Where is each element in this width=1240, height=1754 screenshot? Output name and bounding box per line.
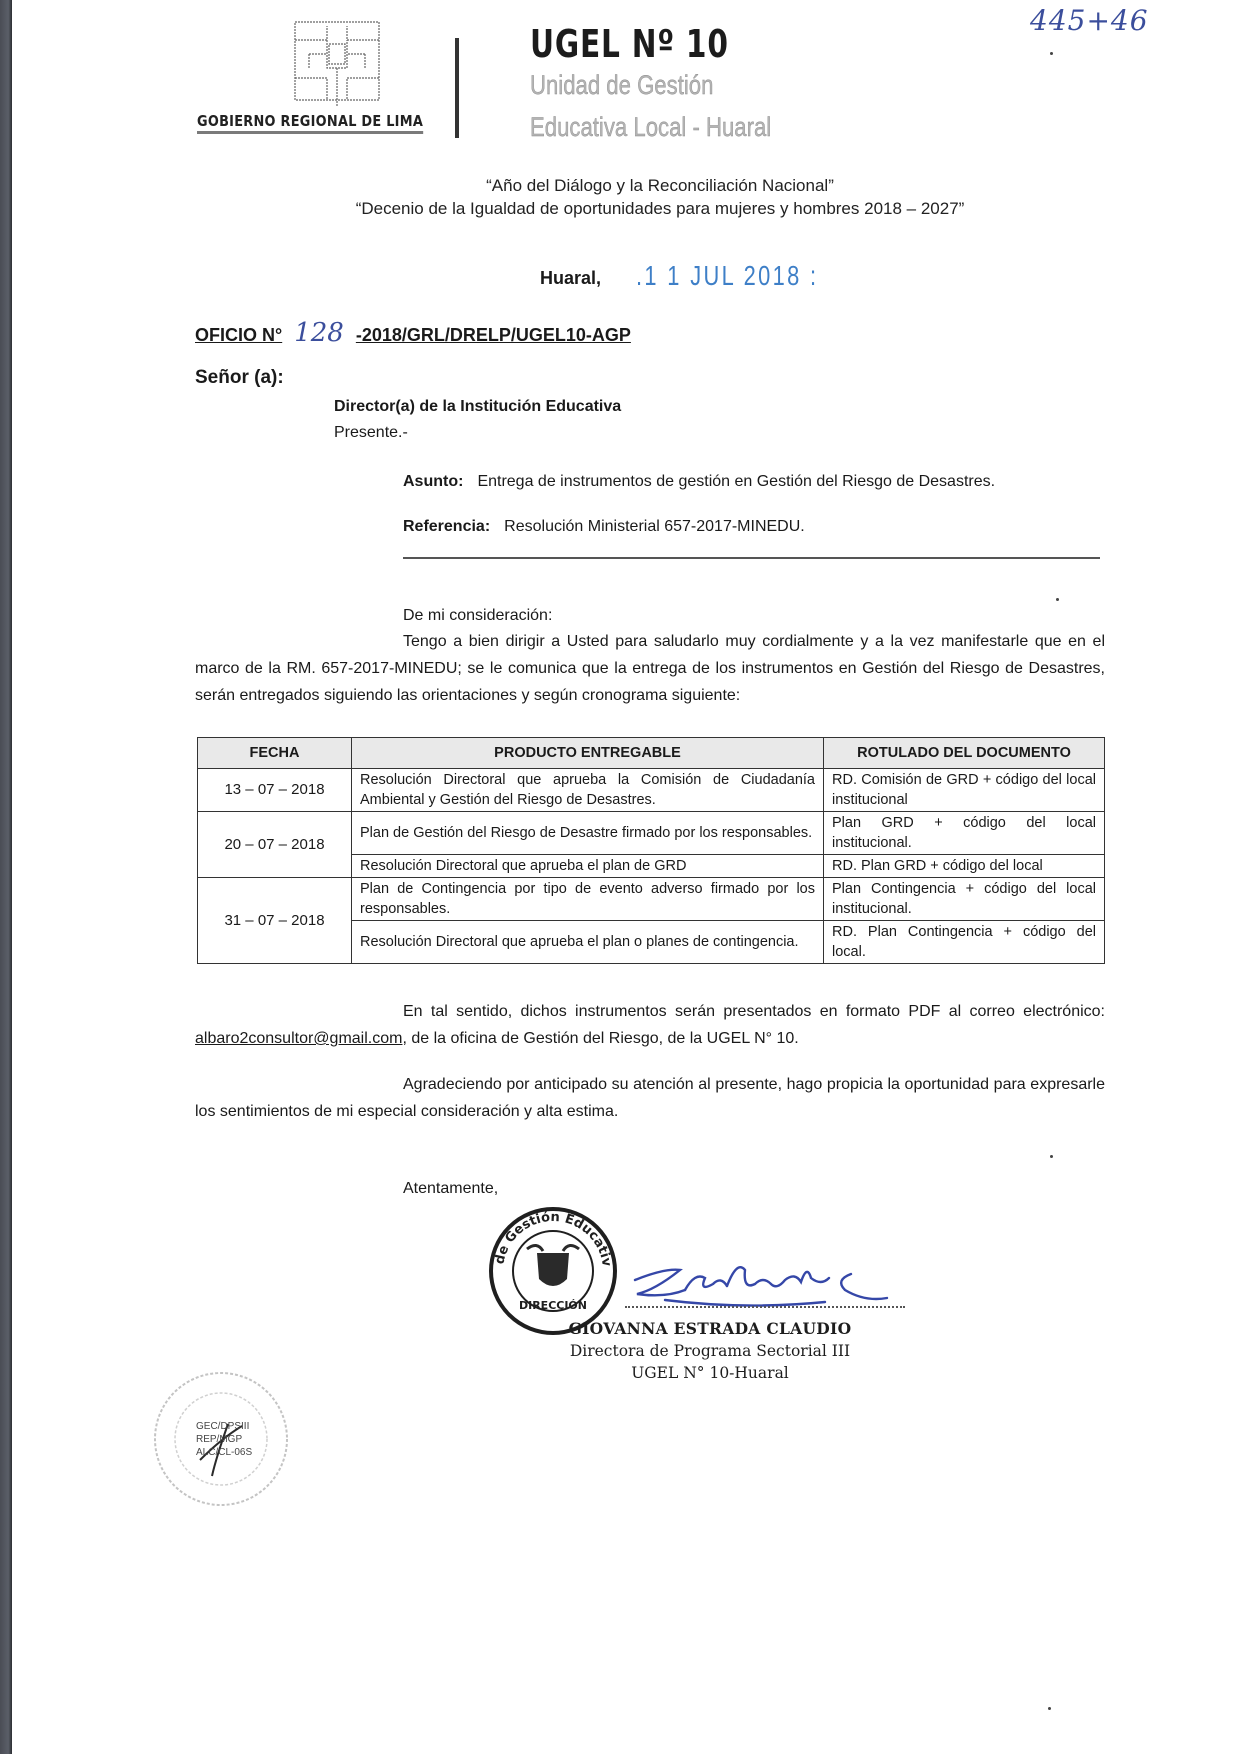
referencia: Referencia:Resolución Ministerial 657-20… <box>403 518 805 536</box>
scan-edge <box>0 0 12 1754</box>
paragraph-3: Agradeciendo por anticipado su atención … <box>195 1071 1105 1125</box>
scan-speck <box>1050 1155 1053 1158</box>
salutation: Señor (a): <box>195 367 284 389</box>
label-cell: Plan GRD + código del local instituciona… <box>824 812 1105 855</box>
label-cell: RD. Plan GRD + código del local <box>824 855 1105 878</box>
header-producto: PRODUCTO ENTREGABLE <box>352 738 824 769</box>
asunto-label: Asunto: <box>403 473 463 490</box>
org-subtitle-line1: Unidad de Gestión <box>530 70 713 101</box>
product-cell: Resolución Directoral que aprueba el pla… <box>352 855 824 878</box>
paragraph-2: En tal sentido, dichos instrumentos será… <box>195 998 1105 1052</box>
scan-speck <box>1048 1707 1051 1710</box>
label-cell: RD. Plan Contingencia + código del local… <box>824 921 1105 964</box>
email-link[interactable]: albaro2consultor@gmail.com <box>195 1030 402 1047</box>
signatory-block: GIOVANNA ESTRADA CLAUDIO Directora de Pr… <box>560 1318 860 1384</box>
referencia-text: Resolución Ministerial 657-2017-MINEDU. <box>504 518 805 535</box>
slogan-year: “Año del Diálogo y la Reconciliación Nac… <box>0 176 1240 196</box>
table-row: 31 – 07 – 2018 Plan de Contingencia por … <box>198 878 1105 921</box>
recipient-name: Director(a) de la Institución Educativa <box>334 398 621 416</box>
header-divider <box>455 38 459 138</box>
schedule-table: FECHA PRODUCTO ENTREGABLE ROTULADO DEL D… <box>197 737 1105 964</box>
date-cell: 31 – 07 – 2018 <box>198 878 352 964</box>
table-row: 20 – 07 – 2018 Plan de Gestión del Riesg… <box>198 812 1105 855</box>
date-cell: 13 – 07 – 2018 <box>198 769 352 812</box>
greeting: De mi consideración: <box>403 602 1240 629</box>
signatory-position: Directora de Programa Sectorial III <box>560 1340 860 1362</box>
gobierno-regional-logo <box>287 18 387 106</box>
label-cell: Plan Contingencia + código del local ins… <box>824 878 1105 921</box>
product-cell: Resolución Directoral que aprueba la Com… <box>352 769 824 812</box>
signature-line <box>625 1306 905 1308</box>
table-row: 13 – 07 – 2018 Resolución Directoral que… <box>198 769 1105 812</box>
slogan-decade: “Decenio de la Igualdad de oportunidades… <box>0 199 1240 219</box>
product-cell: Plan de Gestión del Riesgo de Desastre f… <box>352 812 824 855</box>
closing: Atentamente, <box>403 1180 498 1198</box>
label-cell: RD. Comisión de GRD + código del local i… <box>824 769 1105 812</box>
oficio-prefix: OFICIO N° <box>195 325 282 345</box>
asunto: Asunto:Entrega de instrumentos de gestió… <box>403 473 995 491</box>
product-cell: Plan de Contingencia por tipo de evento … <box>352 878 824 921</box>
asunto-text: Entrega de instrumentos de gestión en Ge… <box>477 473 995 490</box>
date-stamp: .1 1 JUL 2018 : <box>636 260 818 292</box>
oficio-number: 128 <box>294 318 344 348</box>
gobierno-regional-label: GOBIERNO REGIONAL DE LIMA <box>197 112 423 134</box>
org-title: UGEL Nº 10 <box>530 22 729 66</box>
paragraph-1: Tengo a bien dirigir a Usted para saluda… <box>195 628 1105 709</box>
signatory-name: GIOVANNA ESTRADA CLAUDIO <box>560 1318 860 1340</box>
header-fecha: FECHA <box>198 738 352 769</box>
recipient-presente: Presente.- <box>334 424 408 442</box>
subject-rule <box>403 557 1100 559</box>
signature-icon <box>625 1250 895 1320</box>
oficio-suffix: -2018/GRL/DRELP/UGEL10-AGP <box>356 325 631 345</box>
date-cell: 20 – 07 – 2018 <box>198 812 352 878</box>
header-rotulado: ROTULADO DEL DOCUMENTO <box>824 738 1105 769</box>
signatory-office: UGEL N° 10-Huaral <box>560 1362 860 1384</box>
oficio-reference: OFICIO N°128-2018/GRL/DRELP/UGEL10-AGP <box>195 318 631 348</box>
scan-speck <box>1050 52 1053 55</box>
referencia-label: Referencia: <box>403 518 490 535</box>
scan-speck <box>1056 598 1059 601</box>
place: Huaral, <box>540 268 601 289</box>
page-annotation: 445+46 <box>1030 4 1149 37</box>
table-header-row: FECHA PRODUCTO ENTREGABLE ROTULADO DEL D… <box>198 738 1105 769</box>
reference-stamp-text: GEC/DPSIII REP/MGP ALC/CL-06S <box>196 1420 252 1459</box>
org-subtitle-line2: Educativa Local - Huaral <box>530 112 771 143</box>
product-cell: Resolución Directoral que aprueba el pla… <box>352 921 824 964</box>
svg-text:DIRECCIÓN: DIRECCIÓN <box>519 1299 587 1312</box>
